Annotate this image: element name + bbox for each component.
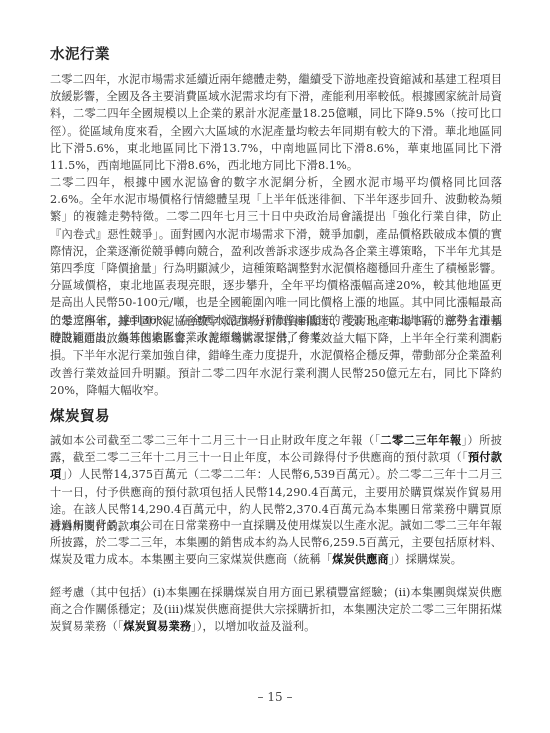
defined-term: 煤炭貿易業務 (123, 619, 191, 633)
section-heading-coal-trade: 煤炭貿易 (50, 405, 110, 426)
paragraph: 二零二四年，水泥市場需求延續近兩年總體走勢，繼續受下游地產投資縮減和基建工程項目… (50, 71, 502, 174)
paragraph: 透過相關背景，本公司在日常業務中一直採購及使用煤炭以生產水泥。誠如二零二三年年報… (50, 517, 502, 569)
defined-term: 二零二三年年報 (380, 433, 461, 447)
paragraph: 經考慮（其中包括）(i)本集團在採購煤炭自用方面已累積豐富經驗；(ii)本集團與… (50, 584, 502, 636)
page-number: – 15 – (0, 690, 550, 704)
defined-term: 煤炭供應商 (332, 552, 388, 566)
defined-term: 預付款項 (50, 450, 502, 481)
section-heading-cement: 水泥行業 (50, 43, 110, 64)
paragraph: 二零二四年，據中國水泥協會數字水泥網分析與資料顯示，受房地產市場下行、部分省市基… (50, 313, 502, 399)
